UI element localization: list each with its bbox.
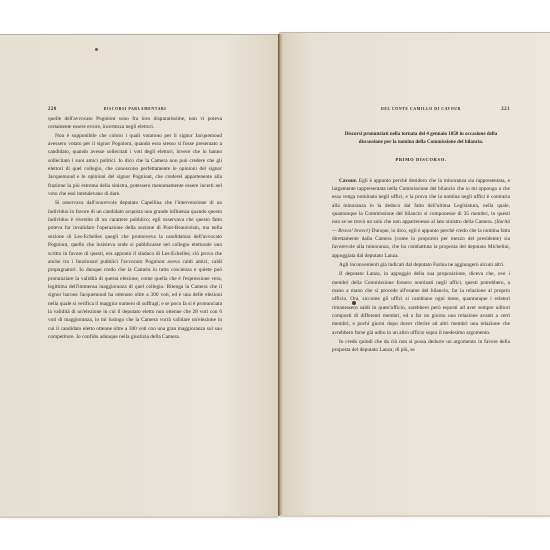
left-page-bottom-edge xyxy=(0,516,278,518)
left-running-title: DISCORSI PARLAMENTARI xyxy=(57,105,214,113)
spine-shadow xyxy=(280,34,283,516)
right-paragraph: Cavour. Egli è appunto perchè desidero c… xyxy=(332,177,510,260)
right-paragraph: Il deputato Lanza, in appoggio della sua… xyxy=(332,270,510,337)
right-running-head: 000 DEL CONTE CAMILLO DI CAVOUR 221 xyxy=(332,105,510,114)
left-page-text: 220 DISCORSI PARLAMENTARI 000 quelle del… xyxy=(48,105,222,341)
right-paragraph: Io credo quindi che da ciò non si possa … xyxy=(332,338,510,355)
foxing-spot xyxy=(95,48,98,51)
left-paragraph: Non è supponibile che coloro i quali vot… xyxy=(48,132,222,199)
left-paragraph: quelle dell'avvocato Pogniont sono fra l… xyxy=(48,115,222,132)
session-intro: Discorsi pronunziati nella tornata del 4… xyxy=(332,131,510,146)
left-running-head: 220 DISCORSI PARLAMENTARI 000 xyxy=(48,105,222,114)
right-page-number: 221 xyxy=(501,106,510,114)
right-page-text: 000 DEL CONTE CAMILLO DI CAVOUR 221 Disc… xyxy=(332,105,510,355)
left-paragraph: Si osservava dall'onorevole deputato Cap… xyxy=(48,199,222,341)
section-title: PRIMO DISCORSO. xyxy=(332,156,510,164)
speech-text: Egli è appunto perchè desidero che la mi… xyxy=(332,178,510,226)
right-paragraph: Agli inconvenienti già indicati dal depu… xyxy=(332,261,510,269)
right-running-title: DEL CONTE CAMILLO DI CAVOUR xyxy=(341,105,502,113)
right-page-bottom-edge xyxy=(280,515,550,517)
left-page-number: 220 xyxy=(48,106,57,114)
speaker-name: Cavour. xyxy=(339,178,357,184)
